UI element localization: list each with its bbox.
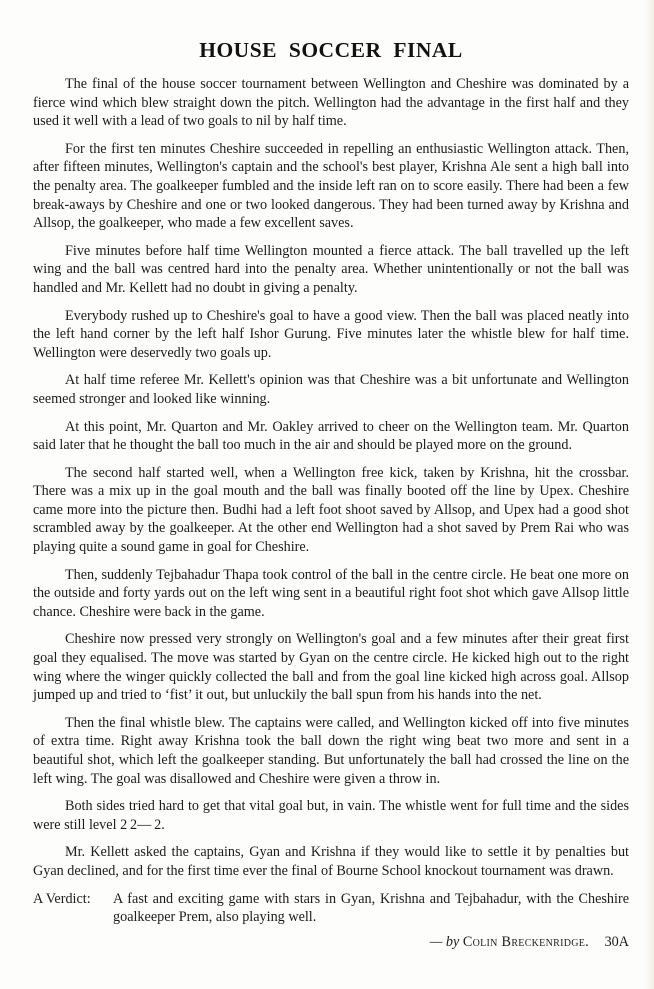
paragraph: Both sides tried hard to get that vital … (33, 797, 629, 834)
byline-form: 30A (605, 934, 629, 950)
article-body: The final of the house soccer tournament… (33, 75, 629, 951)
paragraph: Cheshire now pressed very strongly on We… (33, 630, 629, 704)
verdict: A Verdict: A fast and exciting game with… (33, 890, 629, 927)
page-edge-shadow (644, 0, 654, 989)
paragraph: For the first ten minutes Cheshire succe… (33, 140, 629, 233)
paragraph: Then the final whistle blew. The captain… (33, 714, 629, 788)
paragraph: Mr. Kellett asked the captains, Gyan and… (33, 843, 629, 880)
paragraph: The final of the house soccer tournament… (33, 75, 629, 131)
paragraph: At this point, Mr. Quarton and Mr. Oakle… (33, 418, 629, 455)
byline-prefix: — by (430, 934, 460, 950)
byline-author: Colin Breckenridge. (463, 934, 589, 950)
paragraph: At half time referee Mr. Kellett's opini… (33, 371, 629, 408)
article-title: HOUSE SOCCER FINAL (33, 38, 629, 62)
byline: — by Colin Breckenridge. 30A (33, 933, 629, 952)
paragraph: Five minutes before half time Wellington… (33, 242, 629, 298)
verdict-text: A fast and exciting game with stars in G… (113, 890, 629, 927)
paragraph: The second half started well, when a Wel… (33, 464, 629, 557)
paragraph: Everybody rushed up to Cheshire's goal t… (33, 307, 629, 363)
paragraph: Then, suddenly Tejbahadur Thapa took con… (33, 566, 629, 622)
verdict-label: A Verdict: (33, 890, 113, 927)
